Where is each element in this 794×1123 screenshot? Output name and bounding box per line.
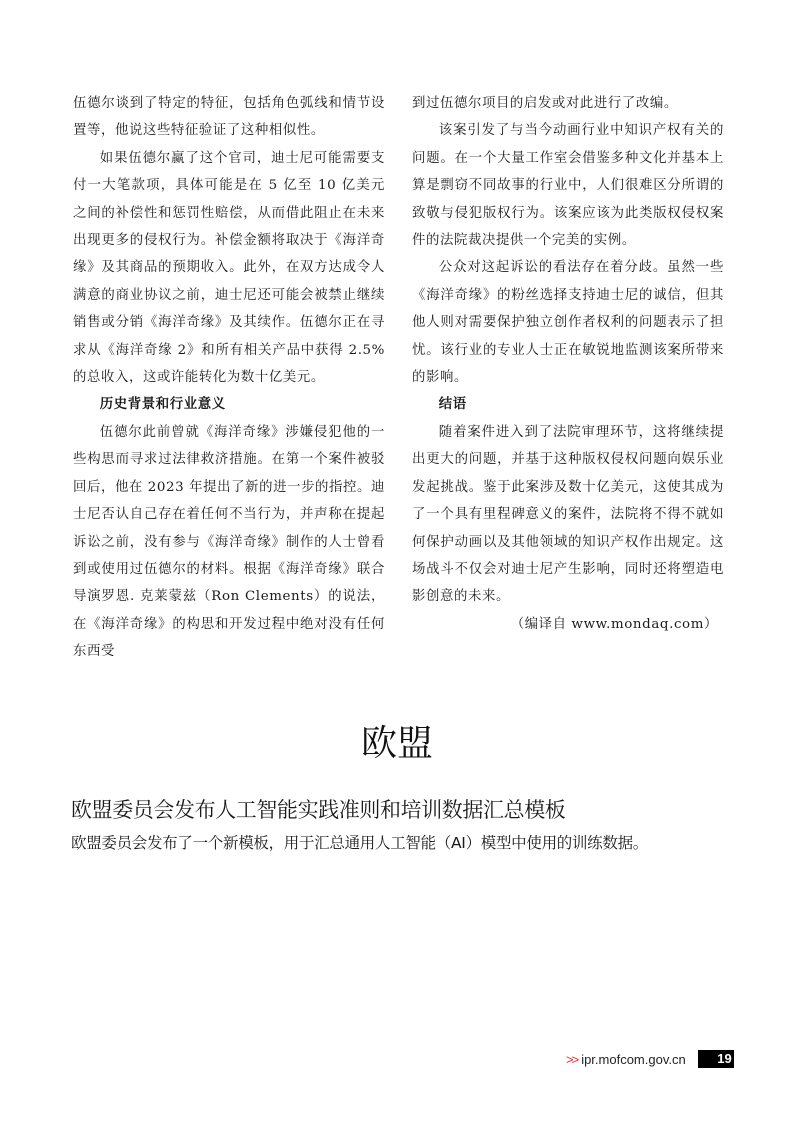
double-chevron-right-icon: >> [566,1052,577,1067]
page-number: 19 [698,1050,734,1068]
page-footer: >> ipr.mofcom.gov.cn 19 [566,1049,734,1069]
paragraph: 公众对这起诉讼的看法存在着分歧。虽然一些《海洋奇缘》的粉丝选择支持迪士尼的诚信，… [412,254,724,391]
footer-website-link[interactable]: ipr.mofcom.gov.cn [581,1052,686,1067]
left-text-column: 伍德尔谈到了特定的特征，包括角色弧线和情节设置等，他说这些特征验证了这种相似性。… [73,90,385,666]
right-text-column: 到过伍德尔项目的启发或对此进行了改编。 该案引发了与当今动画行业中知识产权有关的… [412,90,724,638]
section-title: 欧盟 [0,716,794,772]
paragraph: 如果伍德尔赢了这个官司，迪士尼可能需要支付一大笔款项，具体可能是在 5 亿至 1… [73,145,385,392]
paragraph: 该案引发了与当今动画行业中知识产权有关的问题。在一个大量工作室会借鉴多种文化并基… [412,117,724,254]
subheading-history: 历史背景和行业意义 [73,391,385,418]
paragraph: 伍德尔谈到了特定的特征，包括角色弧线和情节设置等，他说这些特征验证了这种相似性。 [73,90,385,145]
paragraph: 伍德尔此前曾就《海洋奇缘》涉嫌侵犯他的一些构思而寻求过法律救济措施。在第一个案件… [73,419,385,666]
article-subtitle: 欧盟委员会发布了一个新模板，用于汇总通用人工智能（AI）模型中使用的训练数据。 [71,830,648,856]
paragraph: 随着案件进入到了法院审理环节，这将继续提出更大的问题，并基于这种版权侵权问题向娱… [412,419,724,611]
source-attribution: （编译自 www.mondaq.com） [412,611,724,638]
article-title: 欧盟委员会发布人工智能实践准则和培训数据汇总模板 [71,795,565,825]
paragraph: 到过伍德尔项目的启发或对此进行了改编。 [412,90,724,117]
subheading-conclusion: 结语 [412,391,724,418]
